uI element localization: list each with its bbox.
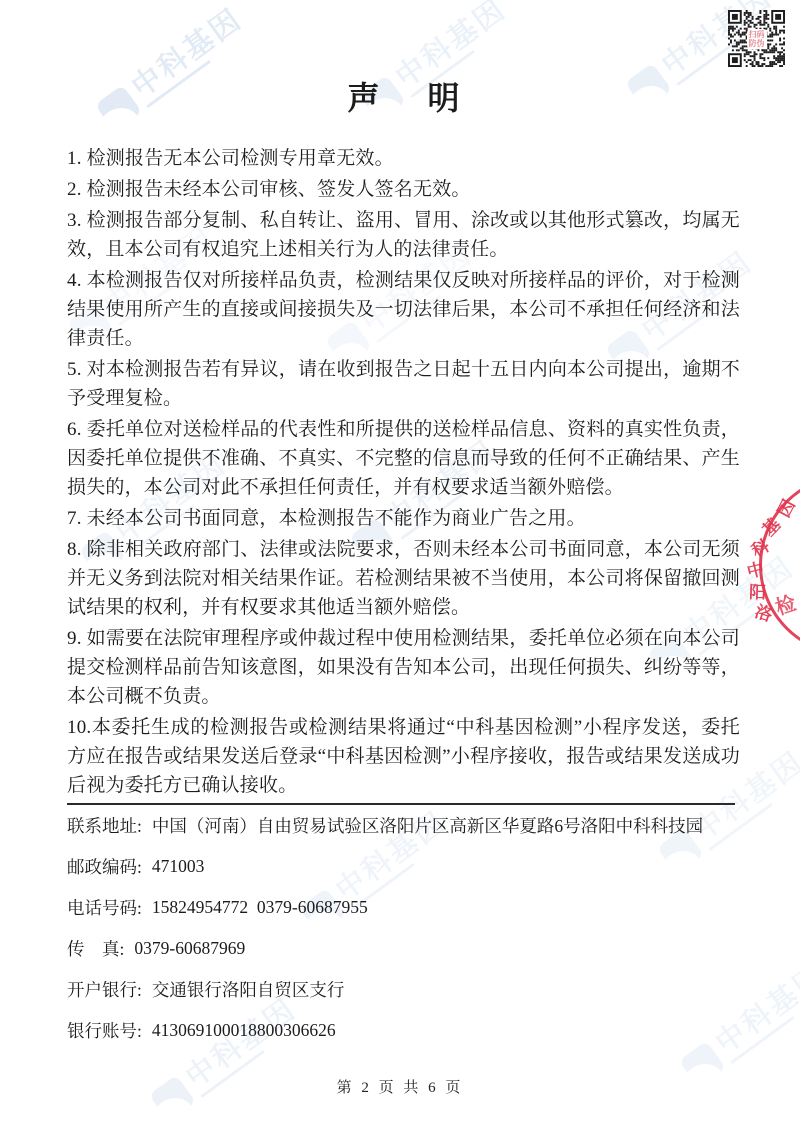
contact-row-fax: 传 真: 0379-60687969 — [67, 928, 735, 969]
contact-row-bank: 开户银行: 交通银行洛阳自贸区支行 — [67, 969, 735, 1010]
contact-value: 交通银行洛阳自贸区支行 — [152, 977, 345, 1002]
title-char-right: 明 — [428, 80, 460, 116]
contact-row-phone: 电话号码: 15824954772 0379-60687955 — [67, 887, 735, 928]
contact-label: 联系地址: — [67, 813, 142, 838]
contact-row-account: 银行账号: 413069100018800306626 — [67, 1010, 735, 1051]
statement-item: 8. 除非相关政府部门、法律或法院要求，否则未经本公司书面同意，本公司无须并无义… — [67, 535, 740, 622]
statement-item: 1. 检测报告无本公司检测专用章无效。 — [67, 144, 740, 173]
contact-row-address: 联系地址: 中国（河南）自由贸易试验区洛阳片区高新区华夏路6号洛阳中科科技园 — [67, 805, 735, 846]
qr-label-line2: 防伪 — [749, 39, 765, 48]
statement-item: 6. 委托单位对送检样品的代表性和所提供的送检样品信息、资料的真实性负责，因委托… — [67, 415, 740, 502]
contact-label: 邮政编码: — [67, 854, 142, 879]
qr-label-line1: 扫码 — [749, 30, 765, 39]
statement-item: 4. 本检测报告仅对所接样品负责，检测结果仅反映对所接样品的评价，对于检测结果使… — [67, 266, 740, 353]
statement-item: 3. 检测报告部分复制、私自转让、盗用、冒用、涂改或以其他形式篡改，均属无效，且… — [67, 206, 740, 264]
statement-item: 7. 未经本公司书面同意，本检测报告不能作为商业广告之用。 — [67, 504, 740, 533]
page-number: 第 2 页 共 6 页 — [0, 1076, 800, 1097]
contact-value: 中国（河南）自由贸易试验区洛阳片区高新区华夏路6号洛阳中科科技园 — [152, 813, 703, 838]
contact-value: 413069100018800306626 — [152, 1020, 336, 1041]
contact-label: 传 真: — [67, 936, 124, 961]
title-char-left: 声 — [347, 80, 379, 116]
qr-code: 扫码 防伪 — [728, 10, 785, 67]
contact-label: 银行账号: — [67, 1018, 142, 1043]
contact-value: 15824954772 0379-60687955 — [152, 897, 368, 918]
document-page: 中科基因中科基因中科基因中科基因中科基因中科基因中科基因中科基因中科基因中科基因… — [0, 0, 800, 1131]
statement-item: 10.本委托生成的检测报告或检测结果将通过“中科基因检测”小程序发送，委托方应在… — [67, 713, 740, 800]
statement-item: 2. 检测报告未经本公司审核、签发人签名无效。 — [67, 175, 740, 204]
contact-row-postcode: 邮政编码: 471003 — [67, 846, 735, 887]
contact-value: 0379-60687969 — [134, 938, 245, 959]
statements-list: 1. 检测报告无本公司检测专用章无效。 2. 检测报告未经本公司审核、签发人签名… — [67, 144, 740, 800]
contact-value: 471003 — [152, 856, 205, 877]
page-title: 声 明 — [67, 80, 740, 116]
page-content: 声 明 1. 检测报告无本公司检测专用章无效。 2. 检测报告未经本公司审核、签… — [0, 0, 800, 800]
contact-label: 开户银行: — [67, 977, 142, 1002]
contact-label: 电话号码: — [67, 895, 142, 920]
statement-item: 9. 如需要在法院审理程序或仲裁过程中使用检测结果，委托单位必须在向本公司提交检… — [67, 624, 740, 711]
qr-label: 扫码 防伪 — [747, 29, 767, 49]
contact-block: 联系地址: 中国（河南）自由贸易试验区洛阳片区高新区华夏路6号洛阳中科科技园 邮… — [67, 803, 735, 1051]
statement-item: 5. 对本检测报告若有异议，请在收到报告之日起十五日内向本公司提出，逾期不予受理… — [67, 355, 740, 413]
watermark-subtitle-bar — [730, 1016, 795, 1064]
